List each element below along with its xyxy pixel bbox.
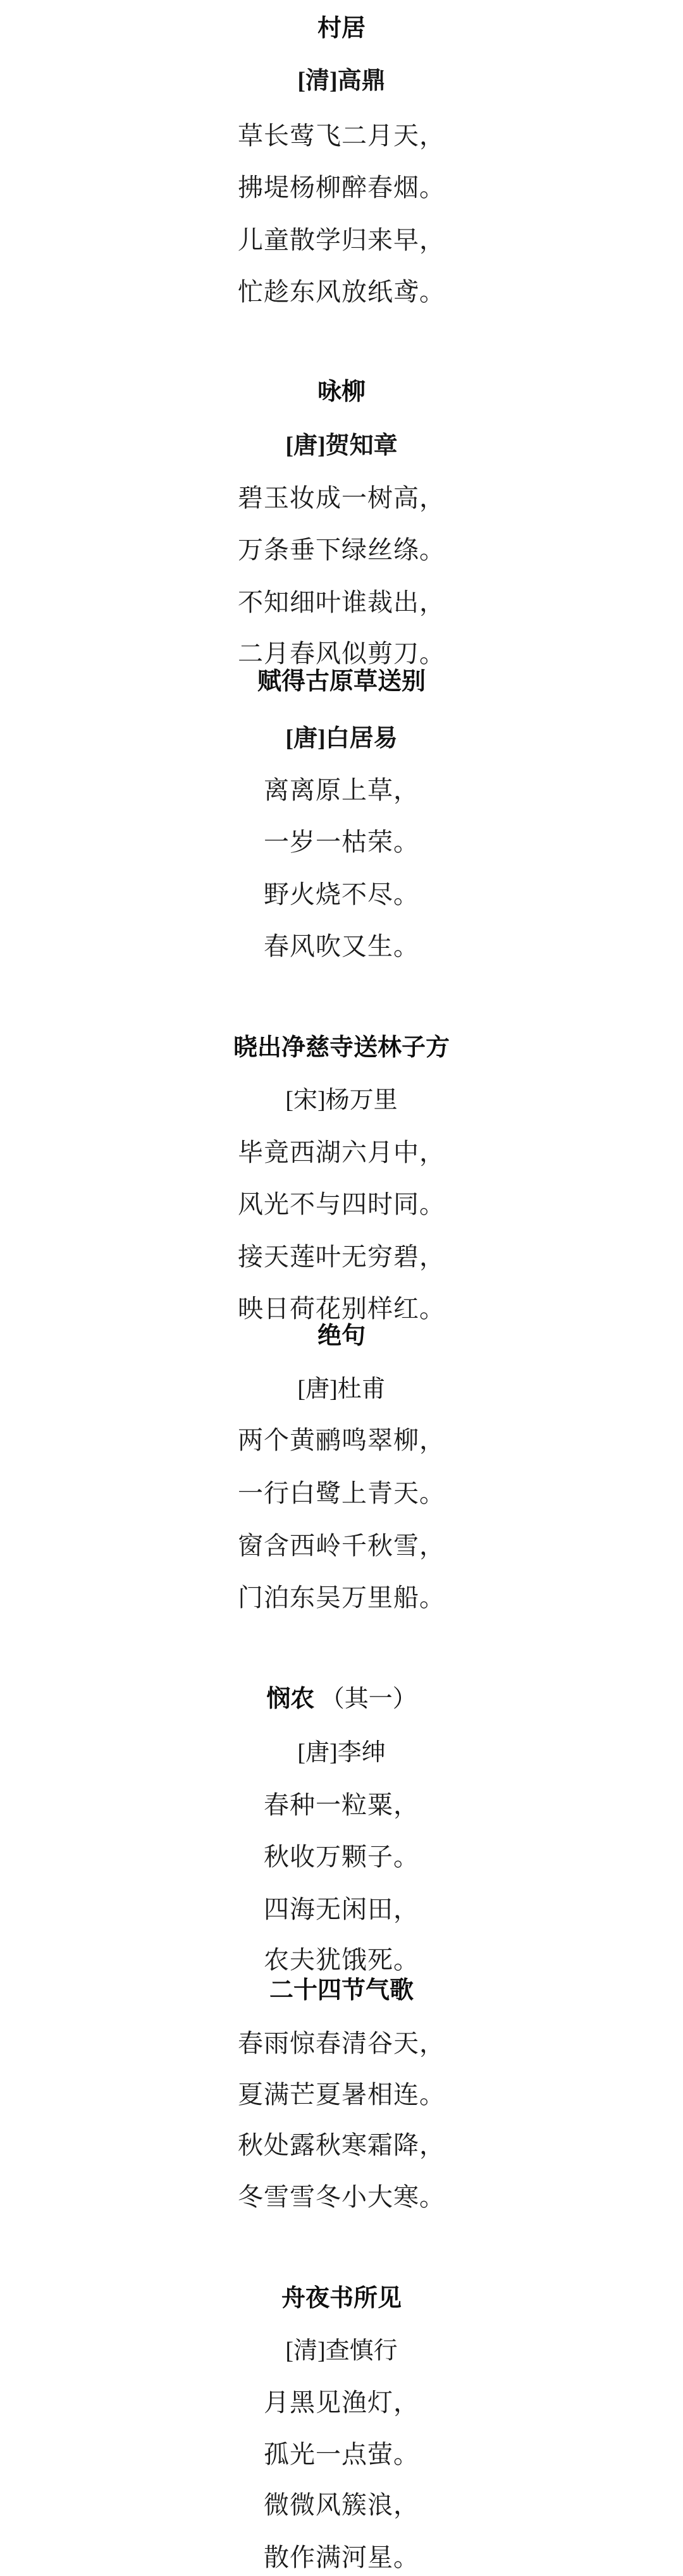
poem-title: 悯农 （其一） xyxy=(0,1687,683,1711)
poem-line: 夏满芒夏暑相连。 xyxy=(0,2082,683,2107)
poem-line: 门泊东吴万里船。 xyxy=(0,1585,683,1610)
poem-title-text: 二十四节气歌 xyxy=(269,1977,414,2004)
poem-line: 微微风簇浪， xyxy=(0,2493,683,2518)
poem-line: 离离原上草， xyxy=(0,778,683,803)
poem-title: 晓出净慈寺送林子方 xyxy=(0,1036,683,1060)
poem-line: 两个黄鹂鸣翠柳， xyxy=(0,1428,683,1453)
poem-author: [唐]贺知章 xyxy=(0,434,683,458)
poem-line: 接天莲叶无穷碧， xyxy=(0,1244,683,1270)
poem-title-text: 晓出净慈寺送林子方 xyxy=(233,1034,450,1061)
poem-line: 二月春风似剪刀。 xyxy=(0,641,683,666)
poem-line: 秋收万颗子。 xyxy=(0,1844,683,1870)
poem-line: 忙趁东风放纸鸢。 xyxy=(0,279,683,305)
poem-line: 万条垂下绿丝绦。 xyxy=(0,537,683,563)
poem-title: 赋得古原草送别 xyxy=(0,670,683,694)
poem-author: [唐]杜甫 xyxy=(0,1377,683,1401)
poem-title: 村居 xyxy=(0,16,683,40)
poem-line: 孤光一点萤。 xyxy=(0,2442,683,2467)
poem-line: 农夫犹饿死。 xyxy=(0,1947,683,1973)
poem-line: 秋处露秋寒霜降， xyxy=(0,2133,683,2158)
poem-title-text: 村居 xyxy=(317,15,366,42)
poem-line: 风光不与四时同。 xyxy=(0,1192,683,1217)
poem-line: 散作满河星。 xyxy=(0,2545,683,2570)
poem-author: [唐]白居易 xyxy=(0,727,683,751)
poem-line: 春雨惊春清谷天， xyxy=(0,2031,683,2056)
poem-line: 一行白鹭上青天。 xyxy=(0,1481,683,1506)
poem-line: 碧玉妆成一树高， xyxy=(0,486,683,511)
poem-line: 冬雪雪冬小大寒。 xyxy=(0,2185,683,2210)
poem-line: 春风吹又生。 xyxy=(0,934,683,959)
poem-author: [宋]杨万里 xyxy=(0,1088,683,1112)
poem-line: 儿童散学归来早， xyxy=(0,228,683,253)
poem-title: 二十四节气歌 xyxy=(0,1978,683,2003)
poem-title-text: 绝句 xyxy=(317,1323,366,1349)
poem-title-text: 舟夜书所见 xyxy=(281,2285,402,2312)
poem-title-subtitle: （其一） xyxy=(314,1686,417,1712)
poem-line: 四海无闲田， xyxy=(0,1897,683,1922)
poem-line: 野火烧不尽。 xyxy=(0,882,683,907)
poem-author: [清]高鼎 xyxy=(0,69,683,93)
poem-line: 月黑见渔灯， xyxy=(0,2390,683,2415)
poem-line: 不知细叶谁裁出， xyxy=(0,590,683,615)
poem-line: 映日荷花别样红。 xyxy=(0,1296,683,1322)
poem-title: 咏柳 xyxy=(0,380,683,404)
poem-line: 毕竟西湖六月中， xyxy=(0,1140,683,1165)
poem-line: 春种一粒粟， xyxy=(0,1793,683,1818)
poem-title-text: 咏柳 xyxy=(317,379,366,405)
poem-line: 草长莺飞二月天， xyxy=(0,123,683,149)
poem-title: 绝句 xyxy=(0,1324,683,1348)
poem-title: 舟夜书所见 xyxy=(0,2286,683,2310)
poem-author: [清]查慎行 xyxy=(0,2339,683,2363)
poem-title-text: 悯农 xyxy=(266,1686,314,1712)
poem-title-text: 赋得古原草送别 xyxy=(257,668,426,695)
poem-author: [唐]李绅 xyxy=(0,1741,683,1765)
poem-line: 一岁一枯荣。 xyxy=(0,830,683,855)
poem-line: 窗含西岭千秋雪， xyxy=(0,1533,683,1559)
poem-line: 拂堤杨柳醉春烟。 xyxy=(0,175,683,200)
